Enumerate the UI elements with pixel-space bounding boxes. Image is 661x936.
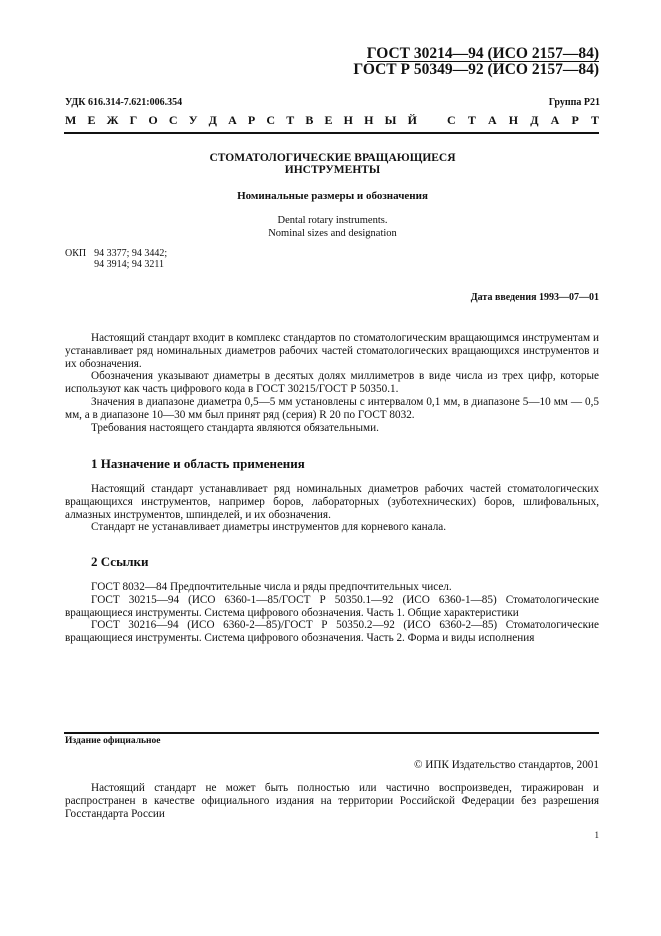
okp-codes: ОКП 94 3377; 94 3442; 94 3914; 94 3211 <box>65 248 167 270</box>
banner-letter: Р <box>248 113 255 128</box>
group-code: Группа Р21 <box>549 97 600 108</box>
banner-letter: У <box>189 113 198 128</box>
banner-letter: Н <box>364 113 373 128</box>
banner-letter: Д <box>530 113 538 128</box>
section-2-heading: 2 Ссылки <box>91 554 149 570</box>
banner-letter: С <box>169 113 178 128</box>
standard-codes: ГОСТ 30214—94 (ИСО 2157—84) ГОСТ Р 50349… <box>353 46 599 77</box>
english-title-line-2: Nominal sizes and designation <box>65 227 600 240</box>
udk-code: УДК 616.314-7.621:006.354 <box>65 97 182 108</box>
banner-letter: Р <box>571 113 578 128</box>
standard-code-2: ГОСТ Р 50349—92 (ИСО 2157—84) <box>353 62 599 77</box>
standard-code-1: ГОСТ 30214—94 (ИСО 2157—84) <box>367 46 599 62</box>
paragraph: Обозначения указывают диаметры в десятых… <box>65 370 599 396</box>
paragraph: Требования настоящего стандарта являются… <box>65 422 599 435</box>
banner-letter: Е <box>325 113 333 128</box>
banner-word-2: СТАНДАРТ <box>447 113 599 128</box>
document-title: СТОМАТОЛОГИЧЕСКИЕ ВРАЩАЮЩИЕСЯ ИНСТРУМЕНТ… <box>65 152 600 176</box>
banner-letter: В <box>305 113 313 128</box>
banner-letter: Ж <box>107 113 119 128</box>
title-line-2: ИНСТРУМЕНТЫ <box>65 164 600 176</box>
interstate-standard-banner: МЕЖГОСУДАРСТВЕННЫЙ СТАНДАРТ <box>65 113 599 128</box>
intro-text: Настоящий стандарт входит в комплекс ста… <box>65 332 599 434</box>
paragraph: Настоящий стандарт устанавливает ряд ном… <box>65 483 599 521</box>
banner-letter: Н <box>509 113 518 128</box>
banner-letter: Т <box>286 113 294 128</box>
paragraph: Значения в диапазоне диаметра 0,5—5 мм у… <box>65 396 599 422</box>
title-line-1: СТОМАТОЛОГИЧЕСКИЕ ВРАЩАЮЩИЕСЯ <box>65 152 600 164</box>
reproduction-notice: Настоящий стандарт не может быть полност… <box>65 782 599 820</box>
banner-letter: А <box>228 113 237 128</box>
paragraph: Настоящий стандарт входит в комплекс ста… <box>65 332 599 370</box>
banner-letter: Й <box>408 113 417 128</box>
banner-letter: Ы <box>385 113 397 128</box>
reference-item: ГОСТ 30216—94 (ИСО 6360-2—85)/ГОСТ Р 503… <box>65 619 599 645</box>
english-title-line-1: Dental rotary instruments. <box>65 214 600 227</box>
banner-letter: С <box>266 113 275 128</box>
banner-letter: О <box>148 113 157 128</box>
footer-rule <box>64 732 599 734</box>
banner-letter: А <box>551 113 560 128</box>
okp-line-2: 94 3914; 94 3211 <box>94 259 167 270</box>
official-edition-label: Издание официальное <box>65 736 161 746</box>
page-number: 1 <box>595 830 600 840</box>
copyright: © ИПК Издательство стандартов, 2001 <box>414 759 599 771</box>
banner-word-1: МЕЖГОСУДАРСТВЕННЫЙ <box>65 113 417 128</box>
document-subtitle: Номинальные размеры и обозначения <box>65 190 600 202</box>
english-title: Dental rotary instruments. Nominal sizes… <box>65 214 600 240</box>
paragraph: Стандарт не устанавливает диаметры инстр… <box>65 521 599 534</box>
banner-letter: Т <box>591 113 599 128</box>
effective-date: Дата введения 1993—07—01 <box>471 292 599 303</box>
okp-label: ОКП <box>65 248 86 270</box>
paragraph: Настоящий стандарт не может быть полност… <box>65 782 599 820</box>
banner-letter: Т <box>468 113 476 128</box>
section-1-text: Настоящий стандарт устанавливает ряд ном… <box>65 483 599 534</box>
section-2-text: ГОСТ 8032—84 Предпочтительные числа и ря… <box>65 581 599 645</box>
banner-letter: Д <box>209 113 217 128</box>
banner-letter: Е <box>87 113 95 128</box>
banner-letter: М <box>65 113 76 128</box>
banner-letter: А <box>488 113 497 128</box>
section-1-heading: 1 Назначение и область применения <box>91 456 305 472</box>
reference-item: ГОСТ 8032—84 Предпочтительные числа и ря… <box>65 581 599 594</box>
okp-line-1: 94 3377; 94 3442; <box>94 248 167 259</box>
banner-letter: С <box>447 113 456 128</box>
banner-letter: Г <box>130 113 138 128</box>
header-rule <box>64 132 599 134</box>
reference-item: ГОСТ 30215—94 (ИСО 6360-1—85/ГОСТ Р 5035… <box>65 594 599 620</box>
banner-letter: Н <box>344 113 353 128</box>
